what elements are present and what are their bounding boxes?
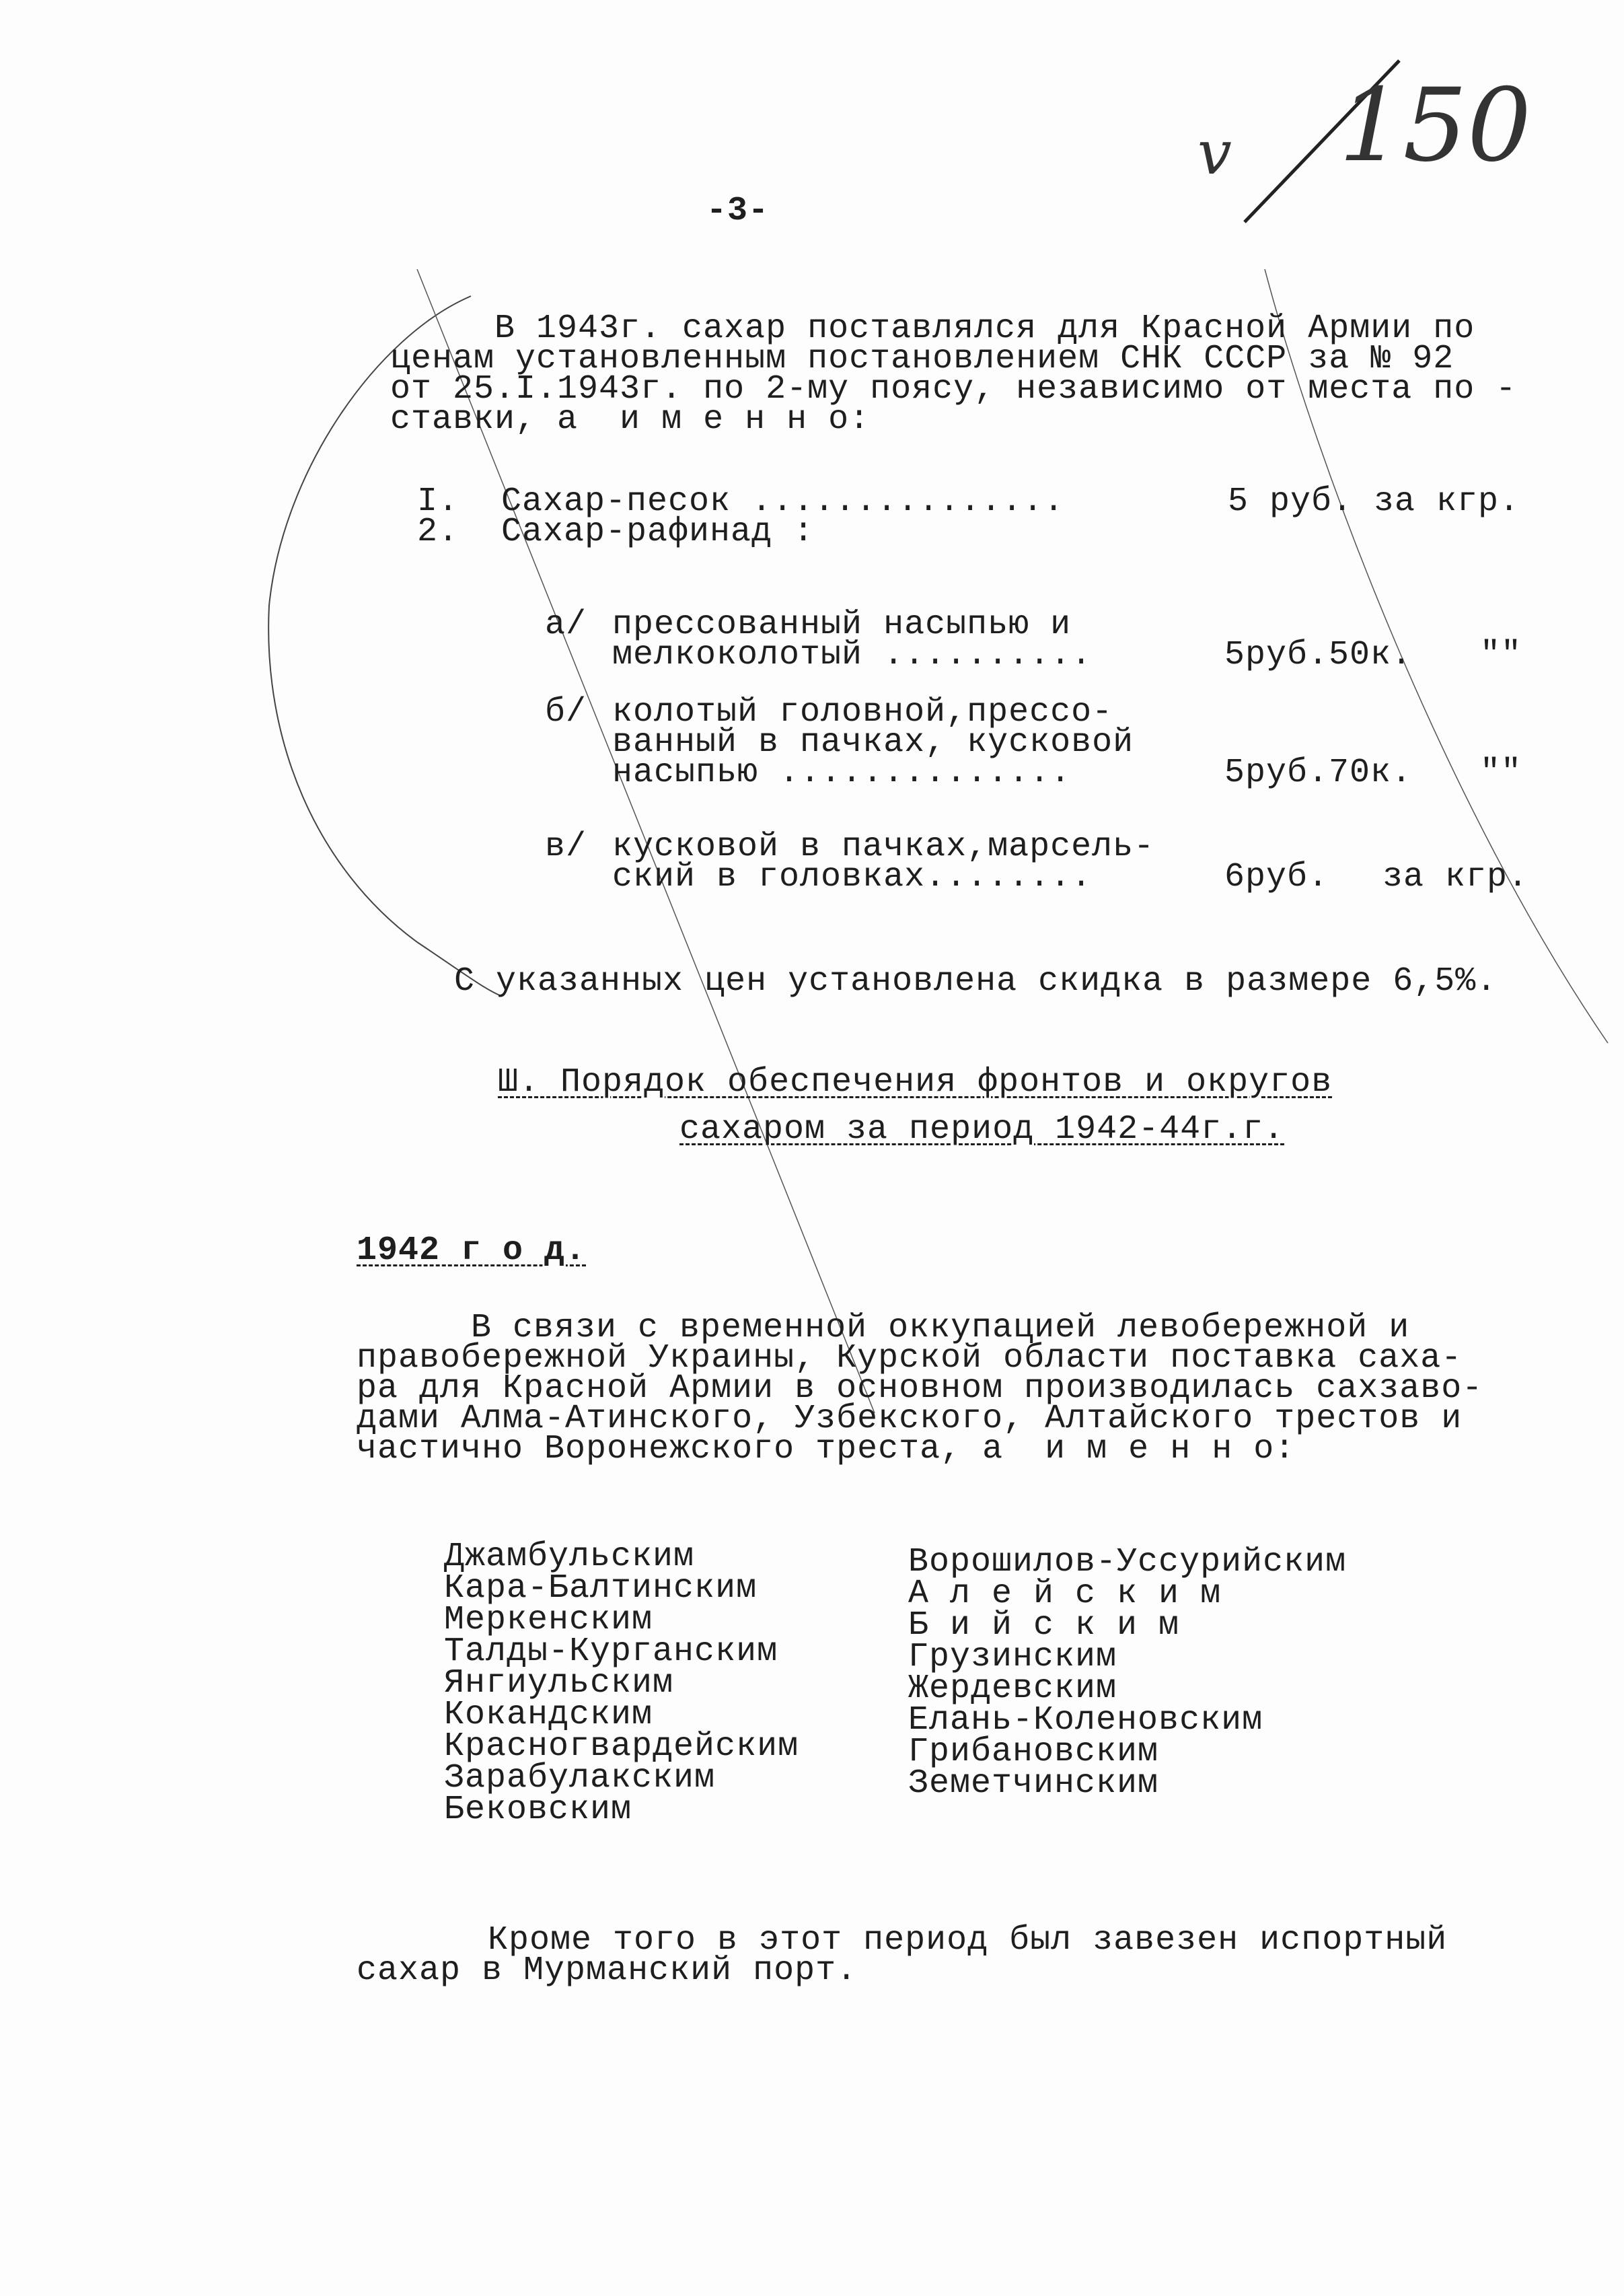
list-item: А л е й с к и м <box>908 1578 1221 1610</box>
list-item: Кокандским <box>444 1699 653 1731</box>
price-item-value: 5 руб. за кгр. <box>1228 486 1520 518</box>
price-item-label: Сахар-рафинад : <box>501 516 814 548</box>
list-item: Талды-Курганским <box>444 1636 778 1668</box>
list-item: Ворошилов-Уссурийским <box>908 1546 1346 1579</box>
list-item: Земетчинским <box>908 1768 1158 1800</box>
archive-folio-number: 150 <box>1339 67 1531 184</box>
price-value: 5руб.70к. <box>1224 757 1412 789</box>
list-item: Б и й с к и м <box>908 1610 1179 1642</box>
list-item: Грибановским <box>908 1736 1158 1768</box>
price-item-number: 2. <box>417 516 459 548</box>
list-item: Янгиульским <box>444 1667 673 1700</box>
list-item: Елань-Коленовским <box>908 1705 1263 1737</box>
list-item: Жердевским <box>908 1673 1117 1705</box>
archive-check-mark: v <box>1197 118 1232 188</box>
list-item: Грузинским <box>908 1641 1117 1674</box>
section-heading: Ш. Порядок обеспечения фронтов и округов <box>498 1067 1332 1099</box>
price-value: 6руб. <box>1224 861 1329 894</box>
list-item: Красногвардейским <box>444 1731 799 1763</box>
list-item: Зарабулакским <box>444 1762 715 1795</box>
page-number: -3- <box>706 195 769 227</box>
year-heading: 1942 г о д. <box>357 1235 586 1267</box>
list-item: Бековским <box>444 1794 632 1826</box>
list-item: Джамбульским <box>444 1541 694 1573</box>
section-heading-line2: сахаром за период 1942-44г.г. <box>679 1114 1284 1146</box>
discount-note: С указанных цен установлена скидка в раз… <box>454 966 1497 998</box>
list-item: Меркенским <box>444 1604 653 1637</box>
price-value: 5руб.50к. <box>1224 639 1412 672</box>
list-item: Кара-Балтинским <box>444 1573 757 1605</box>
